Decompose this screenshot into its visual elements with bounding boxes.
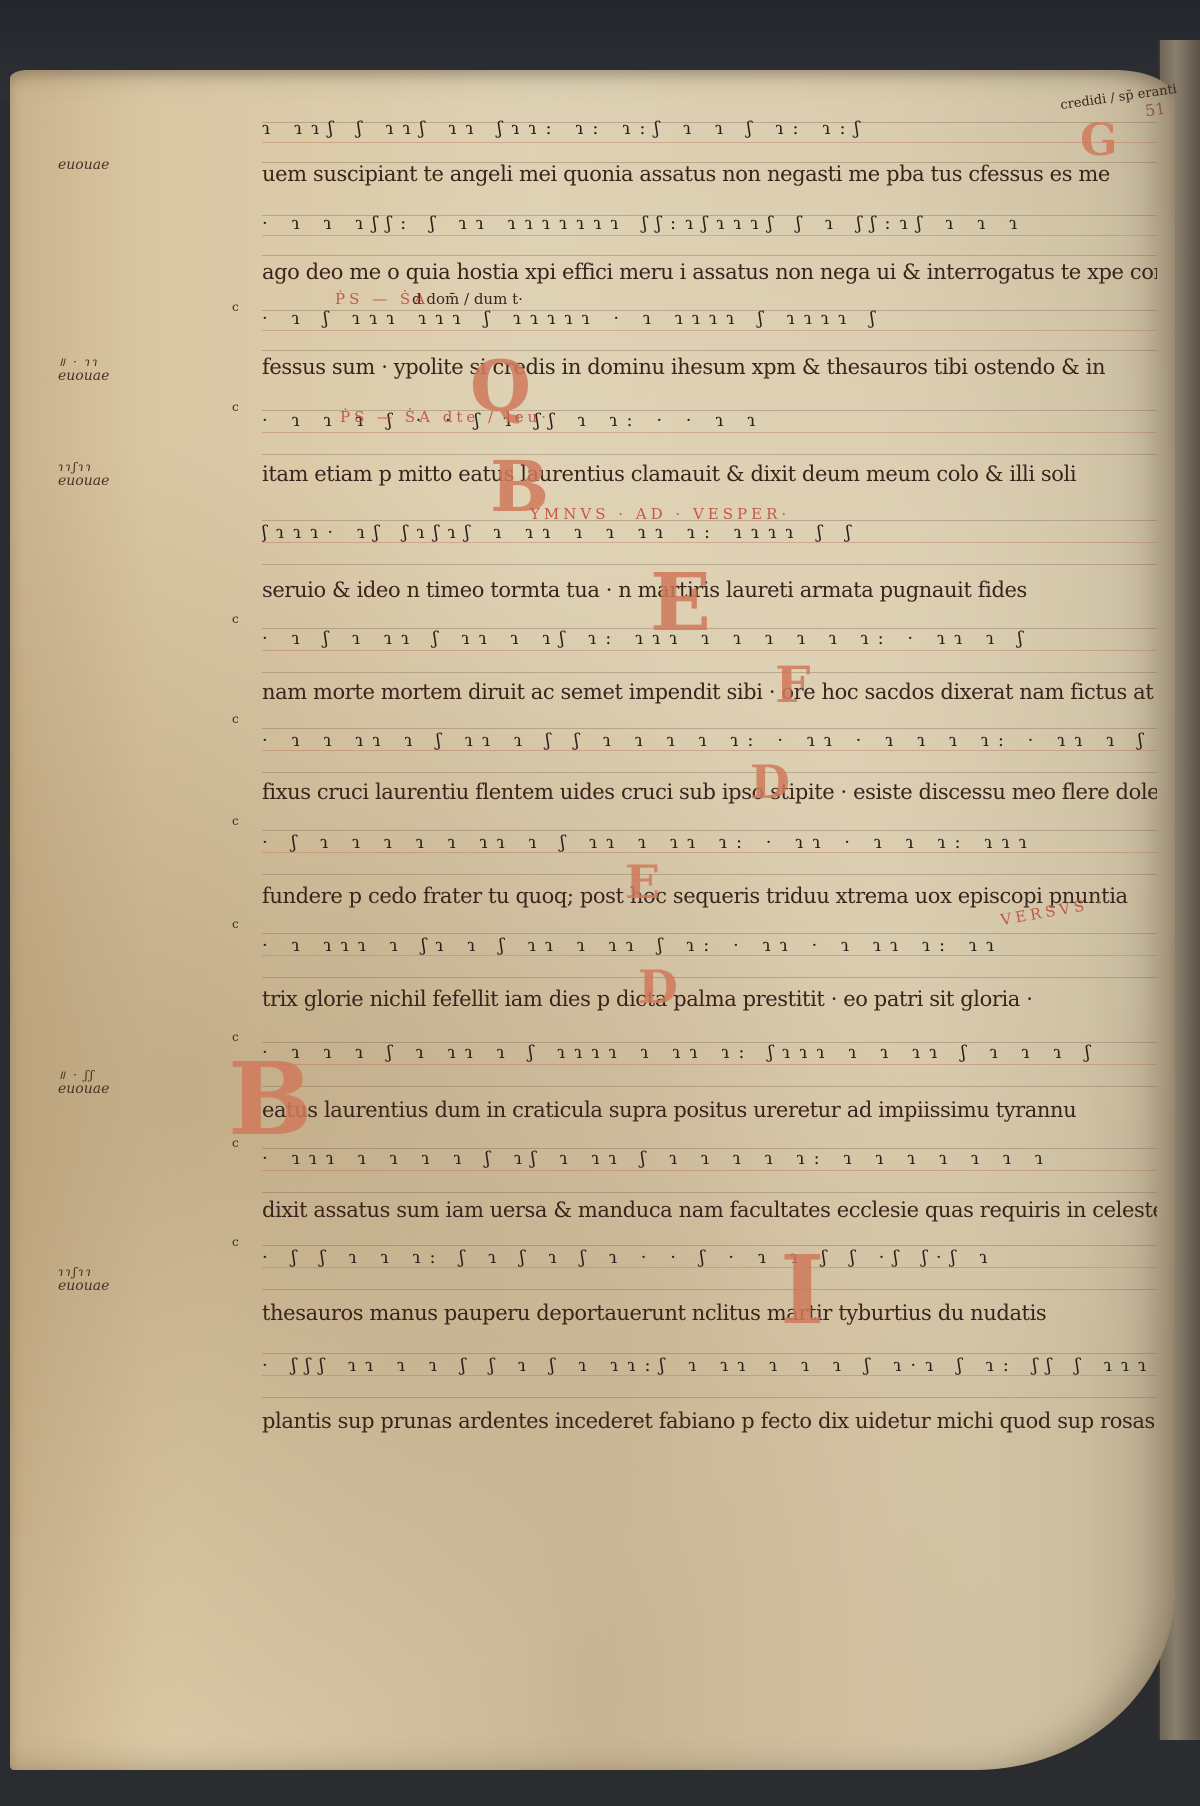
red-initial-f: F (775, 655, 811, 714)
neume-notation: · ɿ ɿ ɿʃʃ: ʃ ɿɿ ɿɿɿɿɿɿɿ ʃʃ:ɿʃɿɿɿʃ ʃ ɿ ʃʃ… (262, 213, 1157, 234)
margin-neumes: ɿɿʃɿɿ (58, 1265, 148, 1279)
lyric-text: fessus sum · ypolite si credis in dominu… (262, 355, 1157, 379)
lyric-text: plantis sup prunas ardentes incederet fa… (262, 1409, 1157, 1433)
margin-euouae-text: euouae (58, 1081, 109, 1097)
margin-cue-euouae: ॥ · ʃʃ euouae (58, 1068, 148, 1096)
ruling-line (262, 772, 1157, 773)
red-initial-e: E (625, 855, 660, 909)
chant-line: c · ɿ ʃ ɿɿɿ ɿɿɿ ʃ ɿɿɿɿɿ · ɿ ɿɿɿɿ ʃ ɿɿɿɿ … (262, 310, 1157, 410)
neume-notation: · ʃʃʃ ɿɿ ɿ ɿ ʃ ʃ ɿ ʃ ɿ ɿɿ:ʃ ɿ ɿɿ ɿ ɿ ɿ ʃ… (262, 1355, 1157, 1376)
lyric-text: thesauros manus pauperu deportauerunt nc… (262, 1301, 1157, 1325)
ruling-line (262, 1397, 1157, 1398)
lyric-text: fixus cruci laurentiu flentem uides cruc… (262, 780, 1157, 804)
chant-line: c · ɿ ɿɿɿ ɿ ʃɿ ɿ ʃ ɿɿ ɿ ɿɿ ʃ ɿ: · ɿɿ · ɿ… (262, 925, 1157, 1025)
neume-notation: · ɿ ɿ ɿɿ ɿ ʃ ɿɿ ɿ ʃ ʃ ɿ ɿ ɿ ɿ ɿ: · ɿɿ · … (262, 730, 1157, 751)
red-initial-e: E (650, 555, 711, 649)
margin-cue-euouae: euouae (58, 158, 148, 172)
ruling-line (262, 933, 1157, 934)
red-initial-b-large: B (228, 1040, 313, 1158)
margin-euouae-text: euouae (58, 157, 109, 173)
margin-cue-euouae: ॥ · ɿɿ euouae (58, 355, 148, 383)
margin-euouae-text: euouae (58, 368, 109, 384)
margin-cue-euouae: ɿɿʃɿɿ euouae (58, 460, 148, 488)
margin-euouae-text: euouae (58, 473, 109, 489)
chant-line: · ʃʃʃ ɿɿ ɿ ɿ ʃ ʃ ɿ ʃ ɿ ɿɿ:ʃ ɿ ɿɿ ɿ ɿ ɿ ʃ… (262, 1345, 1157, 1455)
ruling-line (262, 650, 1157, 651)
margin-cue-euouae: ɿɿʃɿɿ euouae (58, 1265, 148, 1293)
chant-line: c · ɿ ɿ ɿ ʃ · · ʃ ɿ ʃʃ ɿ ɿ: · · ɿ ɿ itam… (262, 410, 1157, 520)
clef-letter: c (232, 712, 239, 726)
ruling-line (262, 1353, 1157, 1354)
chant-line: ɿ ɿɿʃ ʃ ɿɿʃ ɿɿ ʃɿɿ: ɿ: ɿ:ʃ ɿ ɿ ʃ ɿ: ɿ:ʃ … (262, 100, 1157, 200)
margin-neumes: ॥ · ʃʃ (58, 1068, 148, 1082)
ruling-line (262, 672, 1157, 673)
clef-letter: c (232, 1235, 239, 1249)
lyric-text: nam morte mortem diruit ac semet impendi… (262, 680, 1157, 704)
ruling-line (262, 235, 1157, 236)
ruling-line (262, 1192, 1157, 1193)
clef-letter: c (232, 814, 239, 828)
neume-notation: · ɿ ʃ ɿɿɿ ɿɿɿ ʃ ɿɿɿɿɿ · ɿ ɿɿɿɿ ʃ ɿɿɿɿ ʃ (262, 308, 1157, 329)
clef-letter: c (232, 300, 239, 314)
lyric-text: itam etiam p mitto eatus laurentius clam… (262, 462, 1157, 486)
ruling-line (262, 350, 1157, 351)
neume-notation: ʃɿɿɿ· ɿʃ ʃɿʃɿʃ ɿ ɿɿ ɿ ɿ ɿɿ ɿ: ɿɿɿɿ ʃ ʃ (262, 522, 1157, 543)
lyric-text: dixit assatus sum iam uersa & manduca na… (262, 1198, 1157, 1222)
neume-notation: · ʃ ʃ ɿ ɿ ɿ: ʃ ɿ ʃ ɿ ʃ ɿ · · ʃ · ɿ ɿ ʃ ʃ… (262, 1247, 1157, 1268)
neume-notation: · ɿ ɿ ɿ ʃ ɿ ɿɿ ɿ ʃ ɿɿɿɿ ɿ ɿɿ ɿ: ʃɿɿɿ ɿ ɿ… (262, 1042, 1157, 1063)
neume-notation: · ʃ ɿ ɿ ɿ ɿ ɿ ɿɿ ɿ ʃ ɿɿ ɿ ɿɿ ɿ: · ɿɿ · ɿ… (262, 832, 1157, 853)
margin-neumes: ɿɿʃɿɿ (58, 460, 148, 474)
margin-neumes: ॥ · ɿɿ (58, 355, 148, 369)
lyric-text: fundere p cedo frater tu quoq; post hoc … (262, 884, 1157, 908)
lyric-text: ago deo me o quia hostia xpi effici meru… (262, 260, 1157, 284)
ruling-line (262, 977, 1157, 978)
neume-notation: · ɿɿɿ ɿ ɿ ɿ ɿ ʃ ɿʃ ɿ ɿɿ ʃ ɿ ɿ ɿ ɿ ɿ: ɿ ɿ… (262, 1148, 1157, 1169)
chant-line: c · ɿ ɿ ɿ ʃ ɿ ɿɿ ɿ ʃ ɿɿɿɿ ɿ ɿɿ ɿ: ʃɿɿɿ ɿ… (262, 1030, 1157, 1140)
ruling-line (262, 874, 1157, 875)
neume-notation: ɿ ɿɿʃ ʃ ɿɿʃ ɿɿ ʃɿɿ: ɿ: ɿ:ʃ ɿ ɿ ʃ ɿ: ɿ:ʃ (262, 118, 1157, 139)
lyric-text: eatus laurentius dum in craticula supra … (262, 1098, 1157, 1122)
rubric-hymnus-ad-vesperas: YMNVS · AD · VESPER· (530, 505, 790, 523)
chant-line: c · ɿɿɿ ɿ ɿ ɿ ɿ ʃ ɿʃ ɿ ɿɿ ʃ ɿ ɿ ɿ ɿ ɿ: ɿ… (262, 1140, 1157, 1240)
ruling-line (262, 1289, 1157, 1290)
red-initial-i: I (780, 1235, 824, 1346)
neume-notation: · ɿ ɿɿɿ ɿ ʃɿ ɿ ʃ ɿɿ ɿ ɿɿ ʃ ɿ: · ɿɿ · ɿ ɿ… (262, 935, 1157, 956)
ruling-line (262, 1064, 1157, 1065)
ruling-line (262, 1170, 1157, 1171)
red-initial-g: G (1080, 115, 1118, 166)
chant-line: c · ʃ ɿ ɿ ɿ ɿ ɿ ɿɿ ɿ ʃ ɿɿ ɿ ɿɿ ɿ: · ɿɿ ·… (262, 820, 1157, 920)
lyric-text: trix glorie nichil fefellit iam dies p d… (262, 987, 1157, 1011)
ruling-line (262, 1086, 1157, 1087)
ruling-line (262, 432, 1157, 433)
clef-letter: c (232, 612, 239, 626)
ruling-line (262, 142, 1157, 143)
rubric-psalm-cue: ṖS — ṠA dte / leu· (340, 408, 550, 426)
lyric-text: uem suscipiant te angeli mei quonia assa… (262, 162, 1157, 186)
ruling-line (262, 454, 1157, 455)
ruling-line (262, 728, 1157, 729)
ruling-line (262, 830, 1157, 831)
red-initial-d: D (750, 755, 790, 809)
incipit-ad-dominum: d dom̄ / dum t· (412, 290, 523, 308)
chant-line: c · ʃ ʃ ɿ ɿ ɿ: ʃ ɿ ʃ ɿ ʃ ɿ · · ʃ · ɿ ɿ ʃ… (262, 1245, 1157, 1345)
margin-euouae-text: euouae (58, 1278, 109, 1294)
ruling-line (262, 255, 1157, 256)
chant-line: c · ɿ ɿ ɿɿ ɿ ʃ ɿɿ ɿ ʃ ʃ ɿ ɿ ɿ ɿ ɿ: · ɿɿ … (262, 720, 1157, 820)
ruling-line (262, 1245, 1157, 1246)
red-initial-d: D (638, 960, 678, 1014)
clef-letter: c (232, 400, 239, 414)
ruling-line (262, 330, 1157, 331)
clef-letter: c (232, 917, 239, 931)
